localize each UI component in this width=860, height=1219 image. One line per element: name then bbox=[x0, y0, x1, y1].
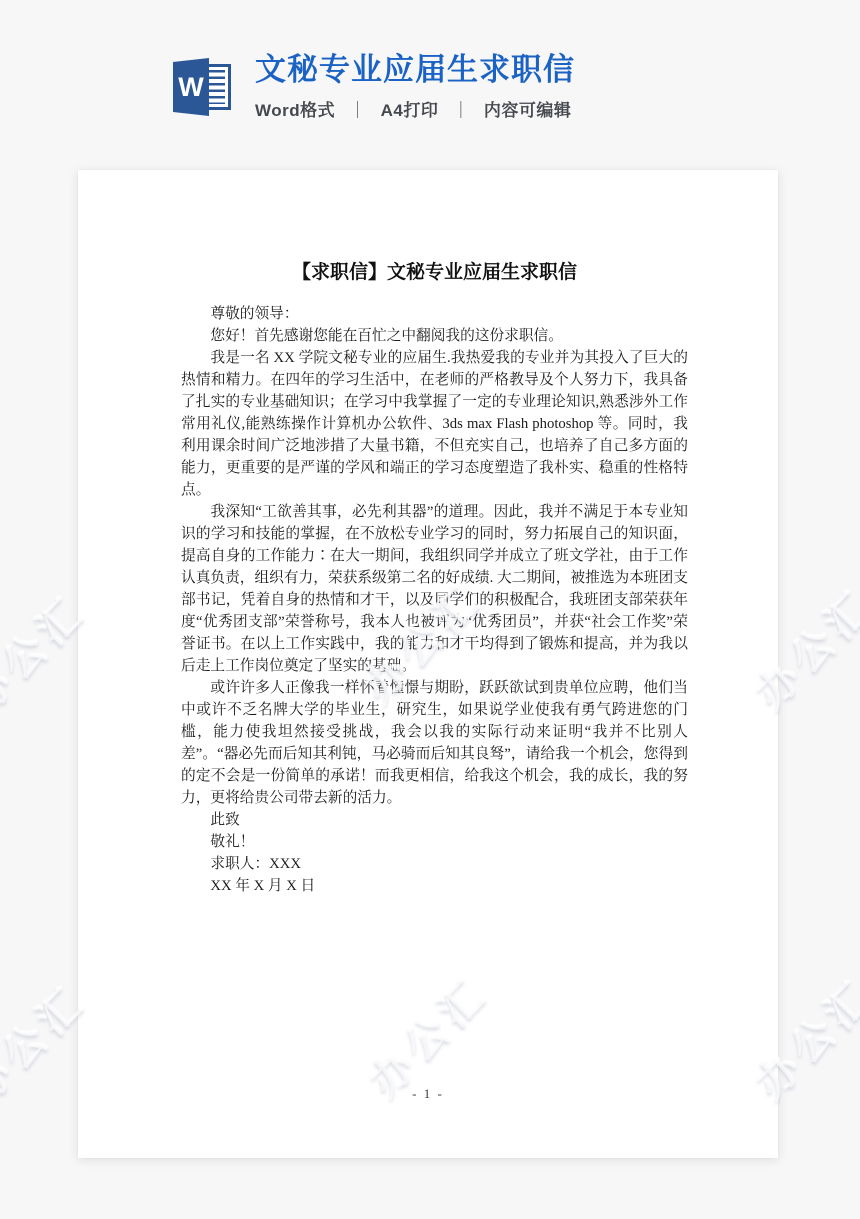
page-title: 文秘专业应届生求职信 bbox=[255, 53, 575, 87]
letter-paragraph: 我深知“工欲善其事，必先利其器”的道理。因此，我并不满足于本专业知识的学习和技能… bbox=[181, 501, 688, 677]
letter-paragraph: 或许许多人正像我一样怀着憧憬与期盼，跃跃欲试到贵单位应聘，他们当中或许不乏名牌大… bbox=[181, 677, 688, 809]
word-icon-cover: W bbox=[173, 58, 209, 116]
meta-separator: ｜ bbox=[452, 96, 470, 121]
letter-paragraph: 您好！首先感谢您能在百忙之中翻阅我的这份求职信。 bbox=[181, 325, 688, 347]
letter-paragraph: 我是一名 XX 学院文秘专业的应届生.我热爱我的专业并为其投入了巨大的热情和精力… bbox=[181, 347, 688, 501]
letter-closing: 此致 bbox=[181, 809, 688, 831]
letter-salutation: 尊敬的领导： bbox=[181, 303, 688, 325]
meta-separator: ｜ bbox=[349, 96, 367, 121]
letter-closing: 敬礼！ bbox=[181, 831, 688, 853]
word-file-icon: W bbox=[173, 57, 231, 121]
meta-editable: 内容可编辑 bbox=[484, 96, 572, 121]
header-text: 文秘专业应届生求职信 Word格式 ｜ A4打印 ｜ 内容可编辑 bbox=[255, 53, 575, 121]
letter-date: XX 年 X 月 X 日 bbox=[181, 875, 688, 897]
document-header: W 文秘专业应届生求职信 Word格式 ｜ A4打印 ｜ 内容可编辑 bbox=[173, 53, 575, 121]
letter-content: 【求职信】文秘专业应届生求职信 尊敬的领导： 您好！首先感谢您能在百忙之中翻阅我… bbox=[78, 170, 778, 897]
document-page: 【求职信】文秘专业应届生求职信 尊敬的领导： 您好！首先感谢您能在百忙之中翻阅我… bbox=[78, 170, 778, 1158]
meta-format: Word格式 bbox=[255, 96, 335, 121]
document-meta: Word格式 ｜ A4打印 ｜ 内容可编辑 bbox=[255, 96, 575, 121]
meta-print: A4打印 bbox=[381, 96, 439, 121]
letter-title: 【求职信】文秘专业应届生求职信 bbox=[181, 260, 688, 286]
word-icon-letter: W bbox=[178, 74, 203, 101]
page-number: - 1 - bbox=[78, 1086, 778, 1102]
letter-signature: 求职人：XXX bbox=[181, 853, 688, 875]
page-background: W 文秘专业应届生求职信 Word格式 ｜ A4打印 ｜ 内容可编辑 【求职信】… bbox=[0, 0, 860, 1219]
